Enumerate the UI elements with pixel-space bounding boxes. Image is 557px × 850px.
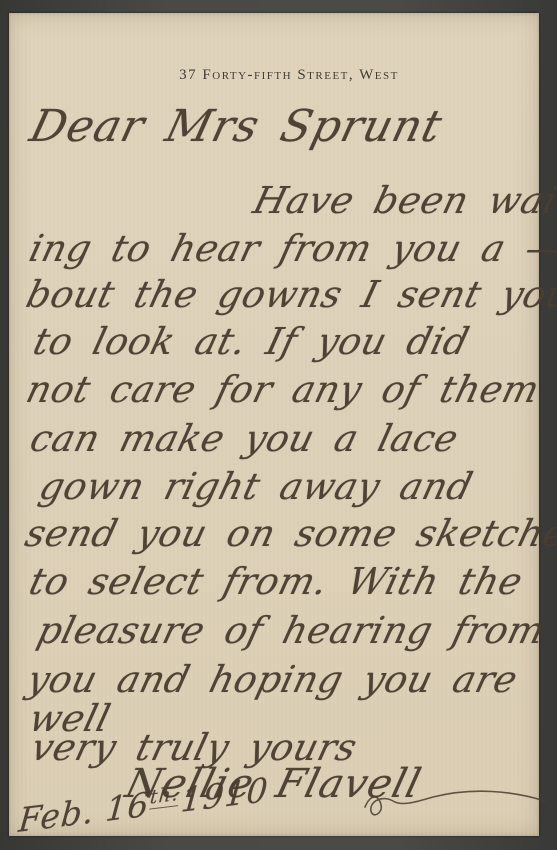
body-line: bout the gowns I sent you <box>22 273 557 316</box>
body-line: to look at. If you did <box>29 320 474 363</box>
body-line: send you on some sketches <box>21 512 557 555</box>
salutation: Dear Mrs Sprunt <box>25 101 448 152</box>
body-line: Have been wait <box>249 179 557 222</box>
signature-flourish <box>361 781 551 825</box>
letterhead-address: 37 Forty-fifth Street, West <box>9 67 539 84</box>
body-line: pleasure of hearing from <box>33 609 549 652</box>
body-line: to select from. With the <box>25 560 527 603</box>
date-ordinal: th. <box>149 783 180 810</box>
body-line: you and hoping you are <box>23 658 522 701</box>
letter-paper: 37 Forty-fifth Street, West Dear Mrs Spr… <box>9 13 539 836</box>
body-line: ing to hear from you a — <box>25 227 557 270</box>
body-line: not care for any of them <box>22 368 544 411</box>
body-line: gown right away and <box>35 465 477 508</box>
date-day: Feb. 16 <box>17 784 151 840</box>
body-line: can make you a lace <box>26 417 463 460</box>
